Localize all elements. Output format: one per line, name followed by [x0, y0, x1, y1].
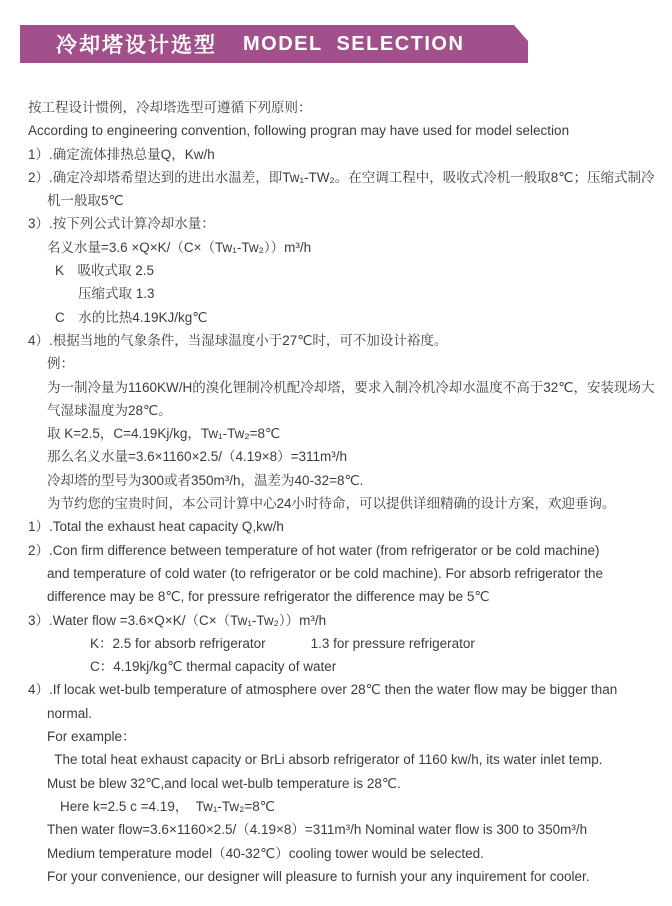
text-line: 1）.确定流体排热总量Q，Kw/h	[0, 143, 672, 166]
text-line: 4）.If locak wet-bulb temperature of atmo…	[0, 678, 672, 701]
text-line: For your convenience, our designer will …	[0, 865, 672, 888]
text-line: 机一般取5℃	[0, 189, 672, 212]
text-line: 2）.Con firm difference between temperatu…	[0, 539, 672, 562]
text-line: 名义水量=3.6 ×Q×K/（C×（Tw₁-Tw₂））m³/h	[0, 236, 672, 259]
text-line: C 水的比热4.19KJ/kg℃	[0, 306, 672, 329]
text-line: and temperature of cold water (to refrig…	[0, 562, 672, 585]
section-banner: 冷却塔设计选型 MODEL SELECTION	[20, 25, 528, 63]
text-line: Medium temperature model（40-32℃）cooling …	[0, 842, 672, 865]
text-line: 取 K=2.5，C=4.19Kj/kg，Tw₁-Tw₂=8℃	[0, 422, 672, 445]
text-line: 冷却塔的型号为300或者350m³/h，温差为40-32=8℃.	[0, 469, 672, 492]
text-line: Must be blew 32℃,and local wet-bulb temp…	[0, 772, 672, 795]
text-line: 3）.Water flow =3.6×Q×K/（C×（Tw₁-Tw₂））m³/h	[0, 609, 672, 632]
text-line: 气湿球温度为28℃。	[0, 399, 672, 422]
text-line: Then water flow=3.6×1160×2.5/（4.19×8）=31…	[0, 818, 672, 841]
text-line: 2）.确定冷却塔希望达到的进出水温差，即Tw₁-TW₂。在空调工程中，吸收式冷机…	[0, 166, 672, 189]
text-line: 3）.按下列公式计算冷却水量：	[0, 212, 672, 235]
text-line: 4）.根据当地的气象条件，当湿球温度小于27℃时，可不加设计裕度。	[0, 329, 672, 352]
text-line: difference may be 8℃, for pressure refri…	[0, 585, 672, 608]
text-line: 按工程设计惯例，冷却塔选型可遵循下列原则：	[0, 96, 672, 119]
text-line: 压缩式取 1.3	[0, 282, 672, 305]
text-line: K 吸收式取 2.5	[0, 259, 672, 282]
text-line: 例：	[0, 352, 672, 375]
text-line: K：2.5 for absorb refrigerator 1.3 for pr…	[0, 632, 672, 655]
text-line: The total heat exhaust capacity or BrLi …	[0, 748, 672, 771]
text-line: For example：	[0, 725, 672, 748]
banner-title-zh: 冷却塔设计选型	[56, 29, 217, 59]
text-line: normal.	[0, 702, 672, 725]
text-line: C：4.19kj/kg℃ thermal capacity of water	[0, 655, 672, 678]
banner-title-en: MODEL SELECTION	[243, 33, 464, 56]
text-line: 那么名义水量=3.6×1160×2.5/（4.19×8）=311m³/h	[0, 445, 672, 468]
text-line: 为节约您的宝贵时间，本公司计算中心24小时待命，可以提供详细精确的设计方案，欢迎…	[0, 492, 672, 515]
text-line: According to engineering convention, fol…	[0, 119, 672, 142]
text-line: 为一制冷量为1160KW/H的溴化锂制冷机配冷却塔，要求入制冷机冷却水温度不高于…	[0, 376, 672, 399]
document-body: 按工程设计惯例，冷却塔选型可遵循下列原则：According to engine…	[0, 96, 672, 888]
text-line: 1）.Total the exhaust heat capacity Q,kw/…	[0, 515, 672, 538]
text-line: Here k=2.5 c =4.19， Tw₁-Tw₂=8℃	[0, 795, 672, 818]
